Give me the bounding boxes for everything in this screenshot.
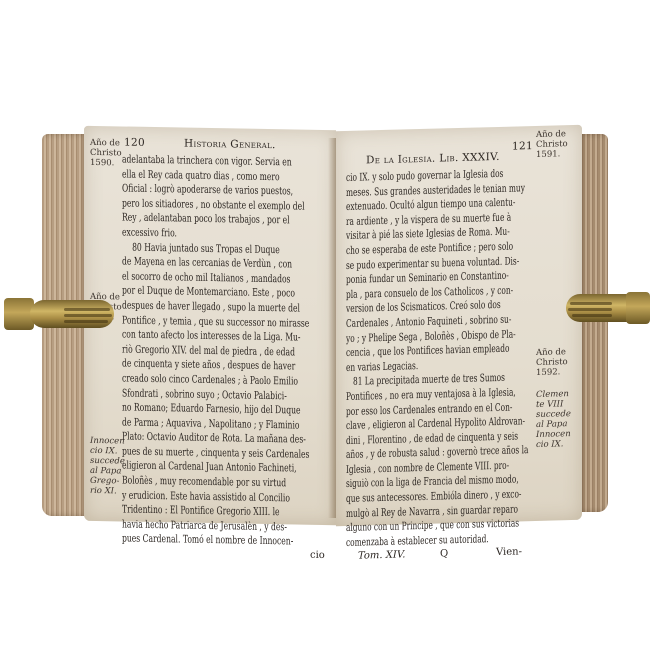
left-page: Año de Christo 1590. 120 Historia Genera… (84, 126, 336, 525)
margin-note-line: succede (90, 456, 125, 467)
left-brass-hand-clasp (4, 292, 96, 336)
right-running-head: De la Iglesia. Lib. XXXIV. (366, 151, 500, 167)
margin-note-innocent-ix: Innocen cio IX. succede al Papa Grego- r… (90, 436, 125, 497)
left-catchword: cio (310, 550, 325, 561)
margin-note-line: 1592. (536, 367, 568, 378)
clasp-finger (64, 308, 110, 311)
margin-note-clement-viii: Clemen te VIII succede al Papa Innocen c… (536, 389, 571, 450)
left-page-number: 120 (124, 136, 145, 148)
signature-mark: Q (440, 548, 448, 559)
right-brass-hand-clasp (562, 286, 650, 330)
margin-note-line: Año de (90, 138, 122, 149)
margin-note-line: cio IX. (90, 446, 125, 457)
left-running-head: Historia General. (184, 138, 276, 152)
margin-note-line: al Papa (90, 466, 125, 477)
margin-note-line: cio IX. (536, 439, 571, 450)
margin-note-year-1592: Año de Christo 1592. (536, 347, 568, 378)
left-page-body: adelantaba la trinchera con vigor. Servi… (122, 152, 309, 549)
clasp-finger (568, 308, 612, 311)
margin-note-year-1590: Año de Christo 1590. (90, 138, 122, 169)
margin-note-line: Christo (536, 357, 568, 368)
right-page: De la Iglesia. Lib. XXXIV. 121 Año de Ch… (336, 125, 582, 526)
volume-mark: Tom. XIV. (358, 549, 405, 561)
margin-note-line: Christo (536, 139, 568, 150)
margin-note-year-1591: Año de Christo 1591. (536, 129, 568, 160)
clasp-cuff (626, 292, 650, 324)
right-page-body: cio IX. y solo pudo governar la Iglesia … (346, 166, 528, 550)
margin-note-line: Grego- (90, 476, 125, 487)
text-line: pues Cardenal. Tomó el nombre de Innocen… (122, 532, 309, 550)
margin-note-line: Christo (90, 148, 122, 159)
margin-note-line: rio XI. (90, 486, 125, 497)
margin-note-line: 1590. (90, 158, 122, 169)
open-book: Año de Christo 1590. 120 Historia Genera… (40, 128, 610, 528)
margin-note-line: 1591. (536, 149, 568, 160)
clasp-finger (64, 314, 112, 317)
clasp-finger (64, 320, 108, 323)
margin-note-line: Innocen (536, 429, 571, 440)
clasp-finger (570, 302, 612, 305)
margin-note-line: Innocen (90, 436, 125, 447)
right-page-number: 121 (512, 140, 533, 153)
right-catchword: Vien- (496, 546, 522, 558)
clasp-finger (572, 314, 612, 317)
margin-note-line: Clemen (536, 389, 571, 400)
